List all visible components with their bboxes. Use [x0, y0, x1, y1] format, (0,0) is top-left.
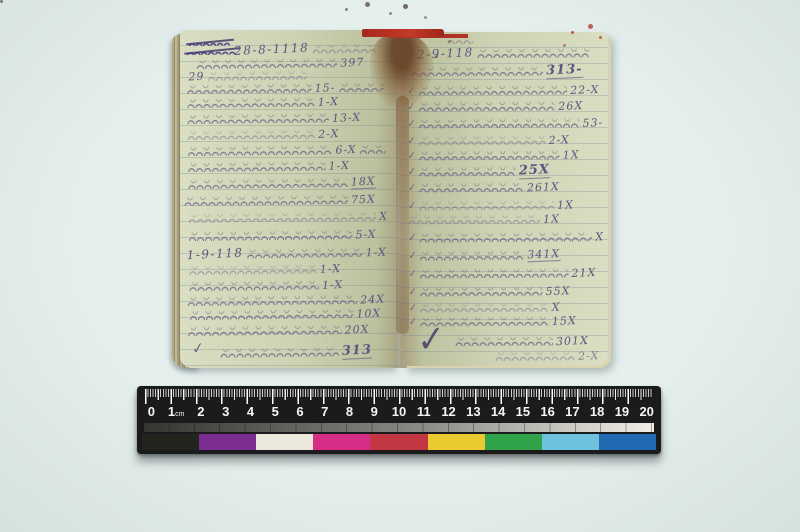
manuscript-line: 1-X	[187, 95, 339, 109]
ruler-number: 8	[337, 404, 362, 419]
page-total: 313	[341, 342, 372, 359]
handwriting-scribble	[189, 309, 353, 320]
manuscript-line: 20X	[188, 323, 370, 337]
manuscript-line: 6-X	[187, 143, 385, 157]
color-patch	[199, 434, 256, 450]
manuscript-line: X	[188, 210, 388, 224]
ruler-number: 10	[387, 404, 412, 419]
line-value: 1-X	[319, 262, 341, 276]
manuscript-line: 1X	[408, 213, 560, 226]
line-value: 1-X	[328, 158, 350, 172]
line-value: 397	[340, 55, 365, 69]
handwriting-scribble	[419, 85, 568, 95]
line-value: 15X	[552, 314, 577, 328]
ruler-number: 5	[263, 404, 288, 419]
right-page: 2-9-118 313- ✓ 22-X ✓ 26X ✓ 53-	[402, 32, 608, 366]
line-value: 29	[188, 69, 205, 83]
red-binding-mark	[362, 29, 444, 37]
line-value: 55X	[546, 284, 571, 298]
line-value: 313-	[546, 62, 583, 80]
color-patch	[256, 434, 313, 450]
handwriting-scribble	[455, 336, 553, 346]
line-value: 1X	[543, 212, 560, 226]
manuscript-line: 2-X	[495, 349, 599, 362]
line-value: 2-X	[548, 133, 570, 147]
series-row: 29	[188, 69, 306, 82]
manuscript-line: ✓ 21X	[408, 266, 596, 279]
line-value: 5-X	[355, 227, 377, 241]
handwriting-scribble	[477, 48, 589, 58]
handwriting-scribble	[189, 280, 319, 291]
grayscale-strip	[144, 423, 654, 432]
manuscript-line: ✓ 261X	[408, 181, 560, 194]
handwriting-scribble	[419, 166, 515, 176]
subtotal-row: 397	[196, 56, 364, 70]
color-patch	[370, 434, 427, 450]
handwriting-scribble	[419, 135, 546, 145]
line-value: 26X	[558, 99, 583, 113]
manuscript-line: 1-X	[188, 159, 350, 173]
handwriting-scribble	[420, 232, 593, 242]
line-value: X	[552, 300, 561, 313]
handwriting-scribble	[188, 325, 342, 336]
line-value: 10X	[356, 306, 381, 320]
spine-damage-tail	[396, 96, 409, 334]
manuscript-line: 13-X	[187, 111, 361, 125]
ruler-number: 4	[238, 404, 263, 419]
line-value: 22-X	[570, 82, 600, 96]
handwriting-scribble	[187, 97, 315, 108]
big-check-icon: ✓	[416, 320, 445, 359]
ruler-number: 14	[486, 404, 511, 419]
handwriting-scribble	[187, 129, 315, 140]
handwriting-scribble	[188, 230, 352, 241]
line-value: 301X	[556, 333, 589, 347]
manuscript-line: ✓ X	[408, 230, 604, 243]
line-value: 75X	[351, 192, 376, 206]
ruler-number: 7	[312, 404, 337, 419]
date-header: 28-8-1118	[234, 40, 310, 58]
line-value: 18X	[351, 175, 376, 190]
color-patch	[313, 434, 370, 450]
date-header-row: 2-9-118	[417, 46, 589, 59]
line-value: 341X	[527, 247, 560, 262]
ruler-cm-ticks	[145, 389, 653, 404]
color-patch	[542, 434, 599, 450]
right-page-writing: 2-9-118 313- ✓ 22-X ✓ 26X ✓ 53-	[401, 31, 609, 366]
handwriting-scribble	[187, 83, 312, 94]
handwriting-scribble	[420, 268, 569, 278]
left-page: 28-8-1118 397 29 15- 1-X 13	[180, 30, 398, 368]
check-icon: ✓	[408, 302, 418, 314]
scale-ruler: 0 1cm 2 3 4 5 6 7 8 9 10 11 12 13 14 15 …	[137, 386, 661, 454]
checked-total-row: 301X	[455, 334, 589, 347]
manuscript-line: 5-X	[188, 228, 376, 242]
handwriting-scribble	[419, 182, 524, 192]
handwriting-scribble	[420, 302, 549, 312]
manuscript-line: 1-9-118 1-X	[187, 246, 387, 260]
check-icon: ✓	[408, 268, 418, 280]
manuscript-line: 18X	[188, 176, 376, 190]
handwriting-scribble	[188, 161, 326, 172]
manuscript-line: ✓ 22-X	[407, 83, 599, 96]
handwriting-scribble	[419, 101, 556, 111]
line-value: 2-X	[318, 127, 340, 141]
line-value: 1-X	[365, 245, 387, 259]
line-value: 20X	[344, 322, 369, 336]
handwriting-scribble	[196, 58, 337, 69]
line-value: 15-	[315, 81, 336, 95]
manuscript-line: 75X	[184, 193, 376, 207]
ruler-number: 9	[362, 404, 387, 419]
check-icon: ✓	[408, 232, 418, 244]
manuscript-line: ✓ X	[409, 301, 561, 314]
ruler-unit-label: cm	[175, 411, 184, 418]
color-patch	[428, 434, 485, 450]
left-page-writing: 28-8-1118 397 29 15- 1-X 13	[178, 29, 400, 370]
manuscript-line: 15-	[187, 81, 385, 95]
handwriting-scribble	[187, 113, 329, 124]
line-value: 6-X	[335, 142, 357, 156]
handwriting-scribble	[447, 35, 473, 44]
manuscript-line: ✓ 53-	[407, 116, 603, 129]
line-value: X	[595, 230, 604, 243]
ruler-number: 11	[411, 404, 436, 419]
handwriting-scribble	[419, 200, 554, 210]
handwriting-scribble	[420, 286, 543, 296]
ruler-number: 1cm	[164, 404, 189, 419]
handwriting-scribble	[207, 70, 306, 80]
struck-ink-note	[188, 38, 230, 47]
handwriting-scribble	[495, 351, 575, 361]
line-value: X	[379, 209, 388, 222]
inline-date: 1-9-118	[186, 246, 243, 263]
color-patch	[485, 434, 542, 450]
color-patch	[142, 434, 199, 450]
manuscript-line: ✓ 25X	[408, 165, 550, 178]
manuscript-line: 24X	[187, 293, 385, 307]
manuscript-line: ✓ 341X	[408, 249, 560, 262]
manuscript-line: ✓ 26X	[407, 99, 583, 112]
line-value: 13-X	[332, 110, 362, 124]
line-value: 1-X	[322, 277, 344, 291]
handwriting-scribble	[187, 145, 332, 156]
ruler-number: 2	[189, 404, 214, 419]
color-patch	[599, 434, 656, 450]
handwriting-scribble	[184, 195, 348, 206]
ruler-number: 12	[436, 404, 461, 419]
handwriting-scribble	[359, 144, 385, 153]
ruler-number: 18	[585, 404, 610, 419]
color-calibration-strip	[142, 434, 656, 450]
check-icon: ✓	[408, 250, 418, 262]
ruler-number-row: 0 1cm 2 3 4 5 6 7 8 9 10 11 12 13 14 15 …	[139, 404, 659, 419]
manuscript-line: 2-X	[187, 127, 339, 141]
handwriting-scribble	[188, 178, 348, 189]
line-value: 24X	[360, 292, 385, 306]
page-total-row: 313	[220, 345, 372, 359]
brought-forward-row: 313-	[411, 64, 583, 77]
ruler-number: 17	[560, 404, 585, 419]
handwriting-scribble	[189, 264, 317, 275]
handwriting-scribble	[408, 214, 540, 224]
ruler-number: 3	[213, 404, 238, 419]
manuscript-line: ✓ 1X	[408, 148, 580, 161]
date-header-row: 28-8-1118	[234, 42, 376, 56]
struck-ink-note	[186, 47, 236, 56]
line-value: 21X	[571, 265, 596, 279]
ruler-number: 0	[139, 404, 164, 419]
handwriting-scribble	[220, 347, 339, 357]
manuscript-line: 1-X	[189, 262, 341, 276]
ruler-number: 16	[535, 404, 560, 419]
manuscript-line: 10X	[189, 307, 381, 321]
line-value: 1X	[563, 148, 580, 162]
line-value: 2-X	[578, 348, 600, 362]
ruler-number: 6	[288, 404, 313, 419]
ruler-number: 13	[461, 404, 486, 419]
line-value: 261X	[527, 180, 560, 194]
check-icon: ✓	[408, 286, 418, 298]
manuscript-line: ✓ 2-X	[408, 134, 570, 147]
line-value: 1-X	[317, 95, 339, 109]
handwriting-scribble	[419, 118, 580, 128]
ruler-number: 20	[634, 404, 659, 419]
handwriting-scribble	[246, 248, 362, 258]
line-value: 1X	[557, 198, 574, 212]
manuscript-line: ✓ 1X	[408, 199, 574, 212]
check-icon: ✓	[191, 338, 206, 358]
handwriting-scribble	[419, 150, 560, 160]
line-value: 25X	[518, 162, 550, 179]
handwriting-scribble	[188, 211, 376, 222]
ruler-number: 19	[610, 404, 635, 419]
photo-background: 28-8-1118 397 29 15- 1-X 13	[0, 0, 800, 532]
handwriting-scribble	[420, 250, 525, 260]
ruler-number: 15	[510, 404, 535, 419]
manuscript-line: ✓ 55X	[409, 285, 571, 298]
handwriting-scribble	[187, 295, 357, 306]
line-value: 53-	[582, 115, 603, 129]
handwriting-scribble	[312, 43, 376, 53]
manuscript-line: 1-X	[189, 278, 343, 292]
foxing-speckles	[0, 0, 3, 3]
